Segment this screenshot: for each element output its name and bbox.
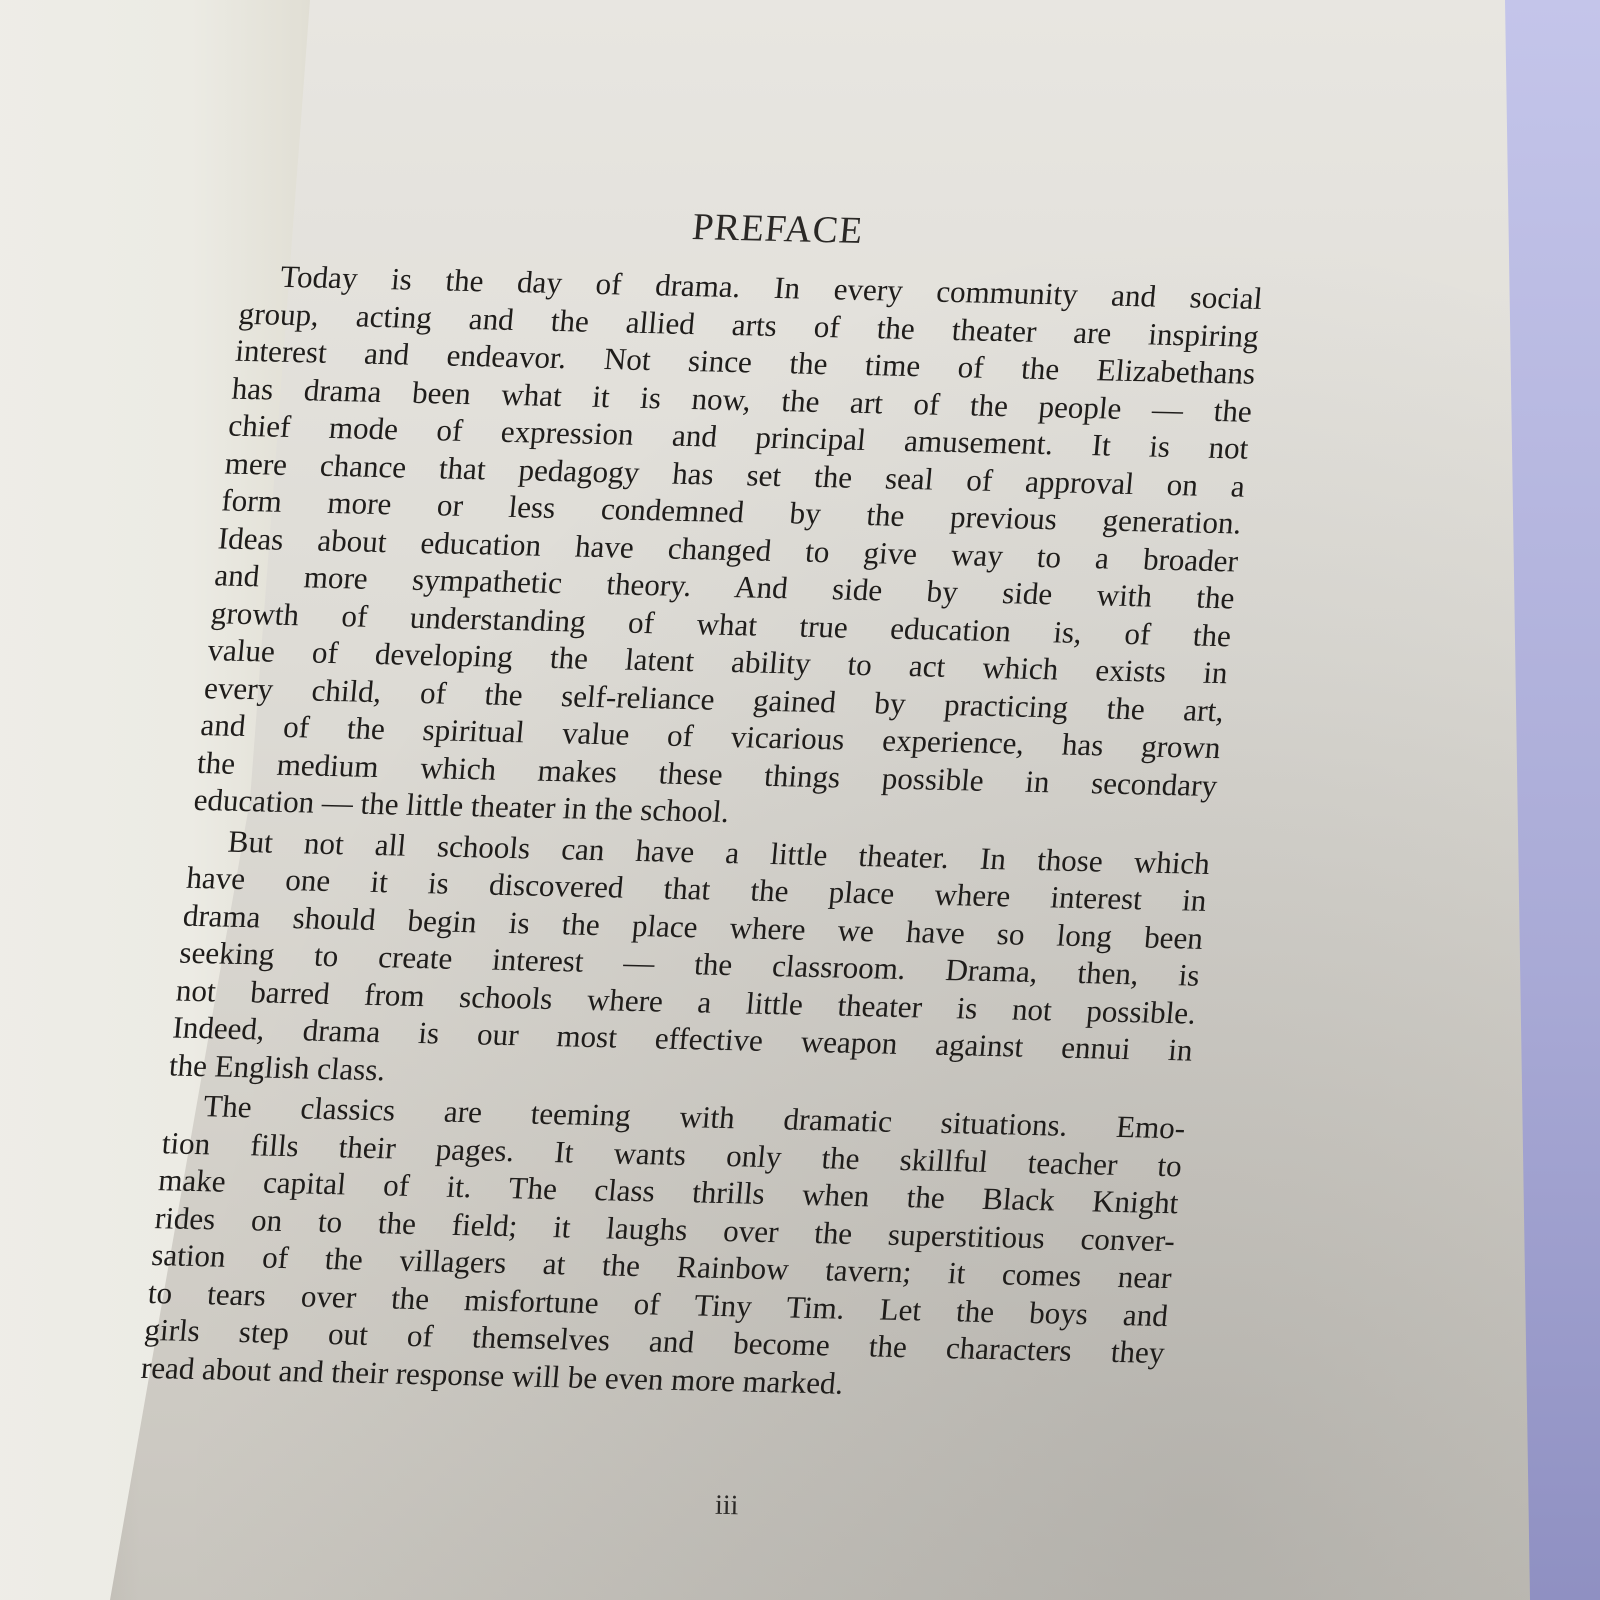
page-number: iii xyxy=(715,1490,739,1523)
paragraph-3: The classics are teeming with dramatic s… xyxy=(140,1086,1188,1409)
paragraph-1: Today is the day of drama. In every comm… xyxy=(192,257,1264,842)
paragraph-2: But not all schools can have a little th… xyxy=(168,821,1212,1106)
page-content: PREFACE Today is the day of drama. In ev… xyxy=(140,195,1270,1409)
